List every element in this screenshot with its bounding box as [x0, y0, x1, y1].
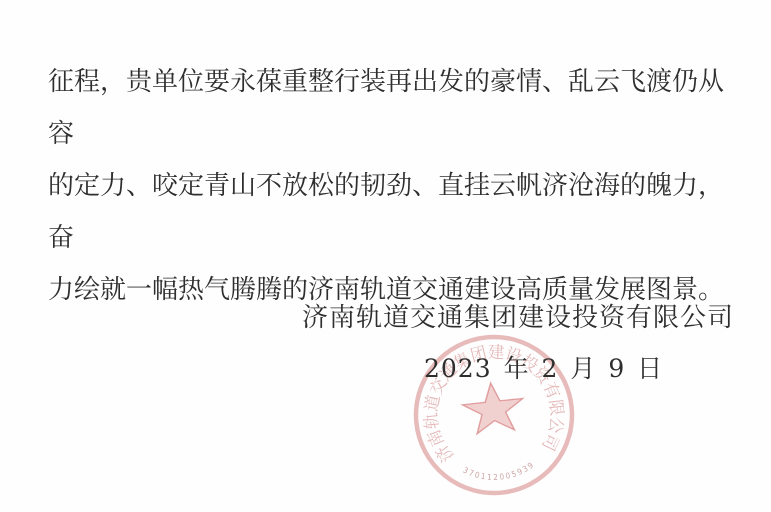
star-icon [460, 380, 526, 435]
paragraph-line-1: 征程，贵单位要永葆重整行装再出发的豪情、乱云飞渡仍从容 [48, 56, 724, 160]
body-paragraph: 征程，贵单位要永葆重整行装再出发的豪情、乱云飞渡仍从容 的定力、咬定青山不放松的… [48, 56, 724, 316]
document-page: 征程，贵单位要永葆重整行装再出发的豪情、乱云飞渡仍从容 的定力、咬定青山不放松的… [0, 0, 771, 512]
paragraph-line-2: 的定力、咬定青山不放松的韧劲、直挂云帆济沧海的魄力，奋 [48, 160, 724, 264]
signature-company: 济南轨道交通集团建设投资有限公司 [302, 297, 734, 334]
signature-date: 2023 年 2 月 9 日 [424, 349, 663, 385]
